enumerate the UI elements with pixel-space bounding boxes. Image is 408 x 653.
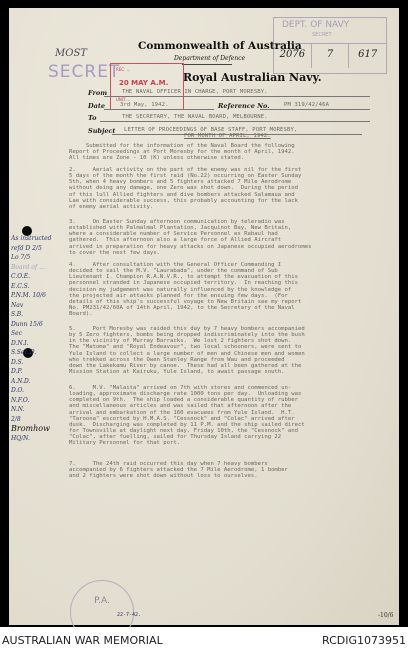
navy-stamp-sub: SECRET xyxy=(312,32,332,38)
margin-note: S.B. xyxy=(11,310,66,320)
paragraph-3: 3. On Easter Sunday afternoon communicat… xyxy=(69,219,391,256)
file-folio: 617 xyxy=(349,44,386,68)
navy-stamp-title: DEPT. OF NAVY xyxy=(282,20,349,30)
margin-note: N.F.O. xyxy=(11,396,66,406)
margin-note: A.N.D. xyxy=(11,377,66,387)
archive-id: RCDIG1073951 xyxy=(322,634,406,647)
margin-note: HQ/N. xyxy=(11,434,66,444)
date-label: Date xyxy=(88,102,105,110)
paragraph-7: 7. The 24th raid occurred this day when … xyxy=(69,461,391,479)
received-stamp-header: REC. ... xyxy=(116,67,130,72)
margin-note: C.O.E. xyxy=(11,272,66,282)
margin-note: Bromhow xyxy=(11,424,66,434)
archive-footer: AUSTRALIAN WAR MEMORIAL RCDIG1073951 xyxy=(0,627,408,653)
from-underline xyxy=(104,96,370,97)
intro-paragraph: Submitted for the information of the Nav… xyxy=(69,143,391,161)
letterhead-department: Department of Defence xyxy=(174,55,245,62)
margin-note: D.O. xyxy=(11,386,66,396)
margin-handwritten-notes: As instructed refd D 2/5 Lo 7/5 Board of… xyxy=(11,234,66,443)
archive-name: AUSTRALIAN WAR MEMORIAL xyxy=(2,634,163,647)
paragraph-2: 2. Aerial activity on the part of the en… xyxy=(69,167,391,210)
margin-note: D.S. xyxy=(11,358,66,368)
margin-note: N.N. xyxy=(11,405,66,415)
margin-note: Board of ... xyxy=(11,263,66,273)
letterhead-navy: Royal Australian Navy. xyxy=(183,71,322,84)
paragraph-5: 5. Port Moresby was raided this day by 7… xyxy=(69,326,391,375)
letterhead-commonwealth: Commonwealth of Australia xyxy=(138,40,302,52)
file-part: 7 xyxy=(312,44,350,68)
margin-note: S.Sec.D. xyxy=(11,348,66,358)
to-value: THE SECRETARY, THE NAVAL BOARD, MELBOURN… xyxy=(122,114,268,120)
margin-note: Sec xyxy=(11,329,66,339)
to-underline xyxy=(100,121,370,122)
margin-note: Lo 7/5 xyxy=(11,253,66,263)
margin-note: 2/8 xyxy=(11,415,66,425)
from-value: THE NAVAL OFFICER IN CHARGE, PORT MORESB… xyxy=(122,89,268,95)
page-number: -10/6 xyxy=(378,612,394,619)
margin-note: E.C.S. xyxy=(11,282,66,292)
date-value: 3rd May, 1942. xyxy=(120,102,169,108)
margin-note: Nav xyxy=(11,301,66,311)
margin-note: refd D 2/5 xyxy=(11,244,66,254)
margin-note: Dunn 15/6 xyxy=(11,320,66,330)
reference-underline xyxy=(260,109,370,110)
margin-note: D.P. xyxy=(11,367,66,377)
reference-value: PM 319/42/46A xyxy=(284,102,329,108)
paragraph-4: 4. After consultation with the General O… xyxy=(69,262,391,317)
pa-stamp-date: 22-7-42. xyxy=(117,612,141,618)
margin-note: D.N.I. xyxy=(11,339,66,349)
date-underline xyxy=(104,109,214,110)
letterhead-rule xyxy=(182,64,232,65)
to-label: To xyxy=(88,114,96,122)
subject-line-2: FOR MONTH OF APRIL, 1942. xyxy=(184,133,271,139)
paragraph-6: 6. M.V. "Malaita" arrived on 7th with st… xyxy=(69,385,391,447)
received-stamp-date: 20 MAY A.M. xyxy=(119,79,168,87)
most-annotation: MOST xyxy=(55,48,87,59)
margin-note: As instructed xyxy=(11,234,66,244)
margin-note: P.N.M. 10/6 xyxy=(11,291,66,301)
